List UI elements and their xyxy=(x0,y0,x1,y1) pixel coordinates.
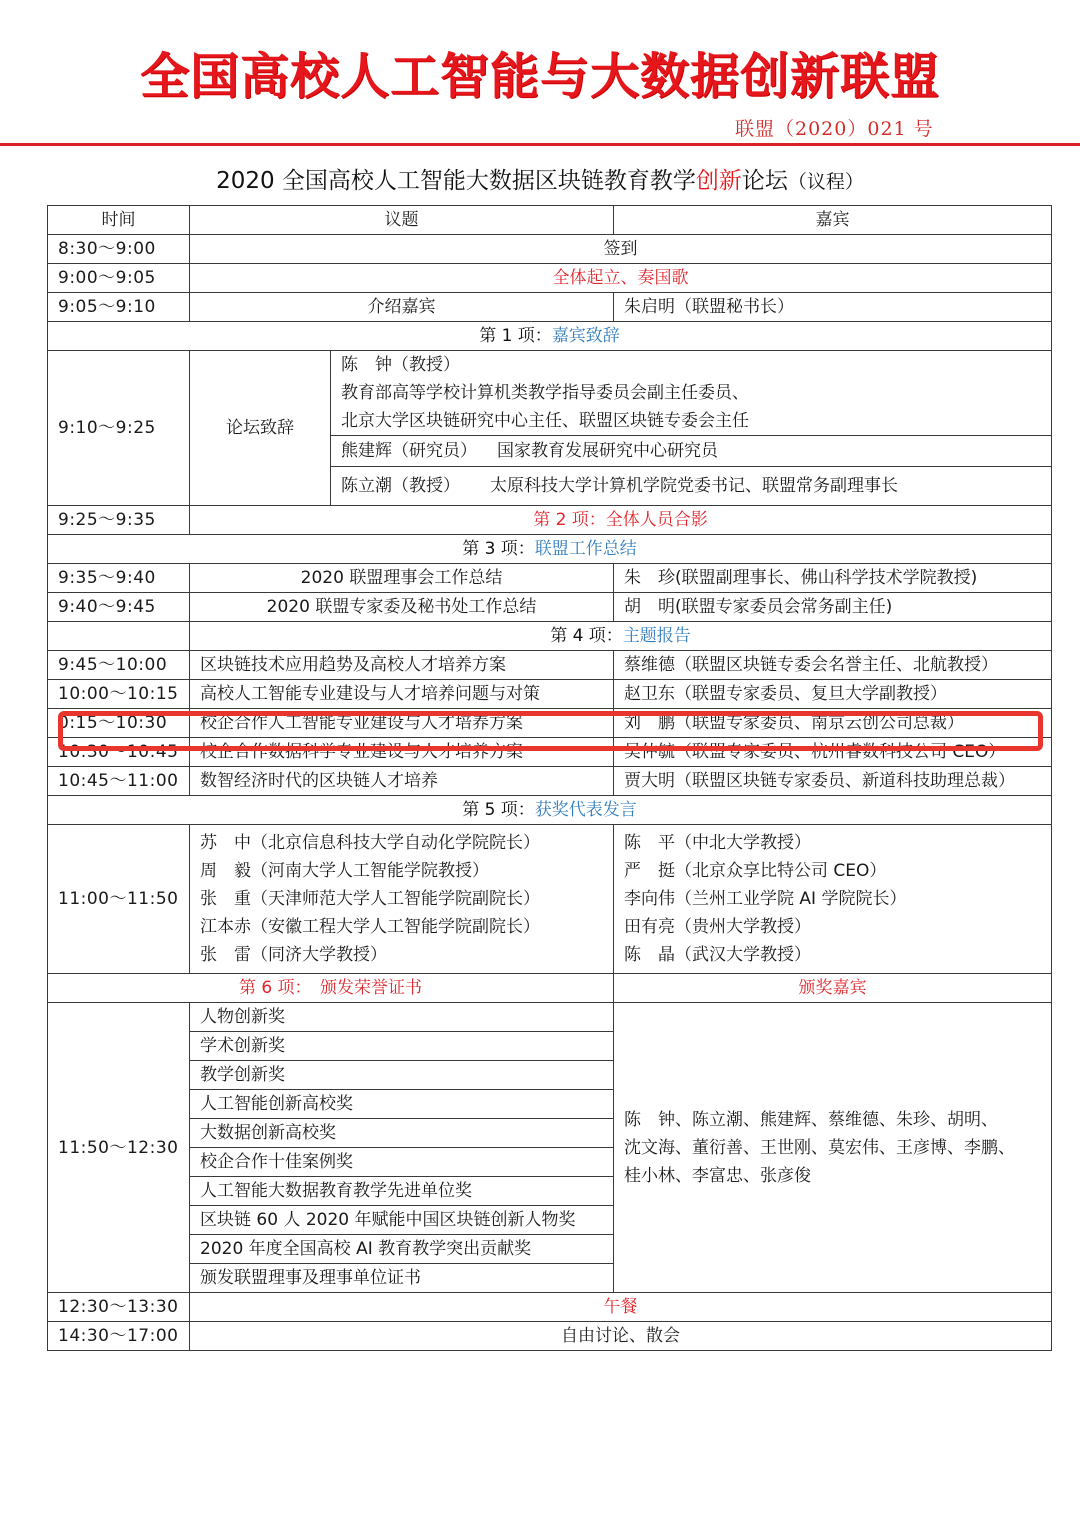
section-row-6: 第 6 项： 颁发荣誉证书 颁奖嘉宾 xyxy=(48,974,1052,1003)
time-cell: 11:50～12:30 xyxy=(48,1003,190,1293)
document-number: 联盟（2020）021 号 xyxy=(735,114,934,141)
topic-cell: 2020 联盟理事会工作总结 xyxy=(190,564,614,593)
agenda-title: 2020 全国高校人工智能大数据区块链教育教学创新论坛（议程） xyxy=(0,162,1080,195)
table-row: 9:05～9:10 介绍嘉宾 朱启明（联盟秘书长） xyxy=(48,293,1052,322)
topic-cell: 自由讨论、散会 xyxy=(190,1322,1052,1351)
time-cell: 0:15～10:30 xyxy=(48,709,190,738)
awardee: 李向伟（兰州工业学院 AI 学院院长） xyxy=(624,885,1041,913)
award-item: 人物创新奖 xyxy=(190,1003,614,1032)
award-row: 11:50～12:30 人物创新奖 陈 钟、陈立潮、熊建辉、蔡维德、朱珍、胡明、… xyxy=(48,1003,1052,1032)
award-item: 教学创新奖 xyxy=(190,1061,614,1090)
topic-cell: 2020 联盟专家委及秘书处工作总结 xyxy=(190,593,614,622)
time-cell: 9:05～9:10 xyxy=(48,293,190,322)
column-header-time: 时间 xyxy=(48,206,190,235)
speaker-title: 太原科技大学计算机学院党委书记、联盟常务副理事长 xyxy=(490,476,898,496)
table-row: 12:30～13:30 午餐 xyxy=(48,1293,1052,1322)
section-prefix: 第 4 项： xyxy=(550,626,623,646)
time-cell: 14:30～17:00 xyxy=(48,1322,190,1351)
section-label: 联盟工作总结 xyxy=(535,539,637,559)
awardee-list-left: 苏 中（北京信息科技大学自动化学院院长） 周 毅（河南大学人工智能学院教授） 张… xyxy=(190,825,614,974)
topic-cell: 签到 xyxy=(190,235,1052,264)
topic-cell: 区块链技术应用趋势及高校人才培养方案 xyxy=(190,651,614,680)
table-row: 10:30～10:45 校企合作数据科学专业建设与人才培养方案 吴仲毓（联盟专家… xyxy=(48,738,1052,767)
table-row: 9:35～9:40 2020 联盟理事会工作总结 朱 珍(联盟副理事长、佛山科学… xyxy=(48,564,1052,593)
guest-cell: 吴仲毓（联盟专家委员、杭州睿数科技公司 CEO） xyxy=(614,738,1052,767)
table-header-row: 时间 议题 嘉宾 xyxy=(48,206,1052,235)
award-item: 人工智能创新高校奖 xyxy=(190,1090,614,1119)
award-item: 人工智能大数据教育教学先进单位奖 xyxy=(190,1177,614,1206)
award-item: 大数据创新高校奖 xyxy=(190,1119,614,1148)
time-cell: 9:45～10:00 xyxy=(48,651,190,680)
topic-cell: 高校人工智能专业建设与人才培养问题与对策 xyxy=(190,680,614,709)
awardee-list-right: 陈 平（中北大学教授） 严 挺（北京众享比特公司 CEO） 李向伟（兰州工业学院… xyxy=(614,825,1052,974)
time-cell: 10:30～10:45 xyxy=(48,738,190,767)
topic-cell: 校企合作人工智能专业建设与人才培养方案 xyxy=(190,709,614,738)
time-cell: 9:35～9:40 xyxy=(48,564,190,593)
agenda-title-suffix: 论坛 xyxy=(742,168,788,194)
guest-cell: 胡 明(联盟专家委员会常务副主任) xyxy=(614,593,1052,622)
awardee: 江本赤（安徽工程大学人工智能学院副院长） xyxy=(200,913,603,941)
section-row-5: 第 5 项：获奖代表发言 xyxy=(48,796,1052,825)
topic-cell: 午餐 xyxy=(190,1293,1052,1322)
section-label: 获奖代表发言 xyxy=(535,800,637,820)
time-cell: 10:45～11:00 xyxy=(48,767,190,796)
awardee: 陈 晶（武汉大学教授） xyxy=(624,941,1041,969)
topic-cell: 论坛致辞 xyxy=(190,351,331,506)
section-prefix: 第 3 项： xyxy=(462,539,535,559)
column-header-topic: 议题 xyxy=(190,206,614,235)
time-cell: 9:40～9:45 xyxy=(48,593,190,622)
speaker-cell: 陈 钟（教授） 教育部高等学校计算机类教学指导委员会副主任委员、 北京大学区块链… xyxy=(331,351,1052,436)
time-cell: 10:00～10:15 xyxy=(48,680,190,709)
presenter-header: 颁奖嘉宾 xyxy=(614,974,1052,1003)
awardee: 苏 中（北京信息科技大学自动化学院院长） xyxy=(200,829,603,857)
table-row: 10:45～11:00 数智经济时代的区块链人才培养 贾大明（联盟区块链专家委员… xyxy=(48,767,1052,796)
award-item: 区块链 60 人 2020 年赋能中国区块链创新人物奖 xyxy=(190,1206,614,1235)
red-divider xyxy=(0,143,1080,146)
agenda-title-highlight: 创新 xyxy=(696,168,742,194)
column-header-guest: 嘉宾 xyxy=(614,206,1052,235)
presenter-line: 陈 钟、陈立潮、熊建辉、蔡维德、朱珍、胡明、 xyxy=(624,1106,1041,1134)
presenter-list: 陈 钟、陈立潮、熊建辉、蔡维德、朱珍、胡明、 沈文海、董衍善、王世刚、莫宏伟、王… xyxy=(614,1003,1052,1293)
guest-cell: 朱启明（联盟秘书长） xyxy=(614,293,1052,322)
agenda-title-prefix: 2020 全国高校人工智能大数据区块链教育教学 xyxy=(216,168,696,194)
guest-cell: 赵卫东（联盟专家委员、复旦大学副教授） xyxy=(614,680,1052,709)
section-row-3: 第 3 项：联盟工作总结 xyxy=(48,535,1052,564)
table-row: 9:00～9:05 全体起立、奏国歌 xyxy=(48,264,1052,293)
table-row: 8:30～9:00 签到 xyxy=(48,235,1052,264)
section-label: 嘉宾致辞 xyxy=(552,326,620,346)
speaker-title: 国家教育发展研究中心研究员 xyxy=(497,441,718,461)
time-cell: 9:00～9:05 xyxy=(48,264,190,293)
awardee: 张 雷（同济大学教授） xyxy=(200,941,603,969)
table-row-highlighted: 0:15～10:30 校企合作人工智能专业建设与人才培养方案 刘 鹏（联盟专家委… xyxy=(48,709,1052,738)
topic-cell: 介绍嘉宾 xyxy=(190,293,614,322)
section-heading: 第 3 项：联盟工作总结 xyxy=(48,535,1052,564)
award-item: 颁发联盟理事及理事单位证书 xyxy=(190,1264,614,1293)
awardee: 周 毅（河南大学人工智能学院教授） xyxy=(200,857,603,885)
speaker-name: 熊建辉（研究员） xyxy=(341,441,477,461)
section-row-4: 第 4 项：主题报告 xyxy=(48,622,1052,651)
awardee: 严 挺（北京众享比特公司 CEO） xyxy=(624,857,1041,885)
table-row: 14:30～17:00 自由讨论、散会 xyxy=(48,1322,1052,1351)
award-item: 2020 年度全国高校 AI 教育教学突出贡献奖 xyxy=(190,1235,614,1264)
speaker-cell: 熊建辉（研究员）国家教育发展研究中心研究员 xyxy=(331,436,1052,467)
topic-cell: 第 2 项：全体人员合影 xyxy=(190,506,1052,535)
speaker-title: 北京大学区块链研究中心主任、联盟区块链专委会主任 xyxy=(341,407,1041,435)
agenda-table: 时间 议题 嘉宾 8:30～9:00 签到 9:00～9:05 全体起立、奏国歌… xyxy=(47,205,1052,1351)
speaker-name: 陈立潮（教授） xyxy=(341,476,460,496)
time-cell: 8:30～9:00 xyxy=(48,235,190,264)
guest-cell: 朱 珍(联盟副理事长、佛山科学技术学院教授) xyxy=(614,564,1052,593)
guest-cell: 蔡维德（联盟区块链专委会名誉主任、北航教授） xyxy=(614,651,1052,680)
award-item: 校企合作十佳案例奖 xyxy=(190,1148,614,1177)
presenter-line: 桂小林、李富忠、张彦俊 xyxy=(624,1162,1041,1190)
section-heading: 第 6 项： 颁发荣誉证书 xyxy=(48,974,614,1003)
topic-cell: 全体起立、奏国歌 xyxy=(190,264,1052,293)
agenda-title-note: （议程） xyxy=(788,171,864,193)
topic-cell: 数智经济时代的区块链人才培养 xyxy=(190,767,614,796)
table-row: 10:00～10:15 高校人工智能专业建设与人才培养问题与对策 赵卫东（联盟专… xyxy=(48,680,1052,709)
table-row: 9:25～9:35 第 2 项：全体人员合影 xyxy=(48,506,1052,535)
time-cell: 9:25～9:35 xyxy=(48,506,190,535)
topic-cell: 校企合作数据科学专业建设与人才培养方案 xyxy=(190,738,614,767)
table-row: 9:40～9:45 2020 联盟专家委及秘书处工作总结 胡 明(联盟专家委员会… xyxy=(48,593,1052,622)
guest-cell: 贾大明（联盟区块链专家委员、新道科技助理总裁） xyxy=(614,767,1052,796)
time-cell: 9:10～9:25 xyxy=(48,351,190,506)
speaker-name: 陈 钟（教授） xyxy=(341,351,1041,379)
award-item: 学术创新奖 xyxy=(190,1032,614,1061)
presenter-line: 沈文海、董衍善、王世刚、莫宏伟、王彦博、李鹏、 xyxy=(624,1134,1041,1162)
time-cell: 12:30～13:30 xyxy=(48,1293,190,1322)
section-heading: 第 1 项：嘉宾致辞 xyxy=(48,322,1052,351)
awardee: 田有亮（贵州大学教授） xyxy=(624,913,1041,941)
section-prefix: 第 5 项： xyxy=(462,800,535,820)
guest-cell: 刘 鹏（联盟专家委员、南京云创公司总裁） xyxy=(614,709,1052,738)
empty-time-cell xyxy=(48,622,190,651)
table-row: 9:45～10:00 区块链技术应用趋势及高校人才培养方案 蔡维德（联盟区块链专… xyxy=(48,651,1052,680)
section-heading: 第 4 项：主题报告 xyxy=(190,622,1052,651)
section-row-1: 第 1 项：嘉宾致辞 xyxy=(48,322,1052,351)
awardee: 陈 平（中北大学教授） xyxy=(624,829,1041,857)
section-label: 主题报告 xyxy=(623,626,691,646)
speaker-title: 教育部高等学校计算机类教学指导委员会副主任委员、 xyxy=(341,379,1041,407)
speaker-cell: 陈立潮（教授）太原科技大学计算机学院党委书记、联盟常务副理事长 xyxy=(331,467,1052,506)
table-row: 11:00～11:50 苏 中（北京信息科技大学自动化学院院长） 周 毅（河南大… xyxy=(48,825,1052,974)
awardee: 张 重（天津师范大学人工智能学院副院长） xyxy=(200,885,603,913)
org-title: 全国高校人工智能与大数据创新联盟 xyxy=(0,38,1080,108)
time-cell: 11:00～11:50 xyxy=(48,825,190,974)
table-row: 9:10～9:25 论坛致辞 陈 钟（教授） 教育部高等学校计算机类教学指导委员… xyxy=(48,351,1052,436)
section-prefix: 第 1 项： xyxy=(479,326,552,346)
section-heading: 第 5 项：获奖代表发言 xyxy=(48,796,1052,825)
